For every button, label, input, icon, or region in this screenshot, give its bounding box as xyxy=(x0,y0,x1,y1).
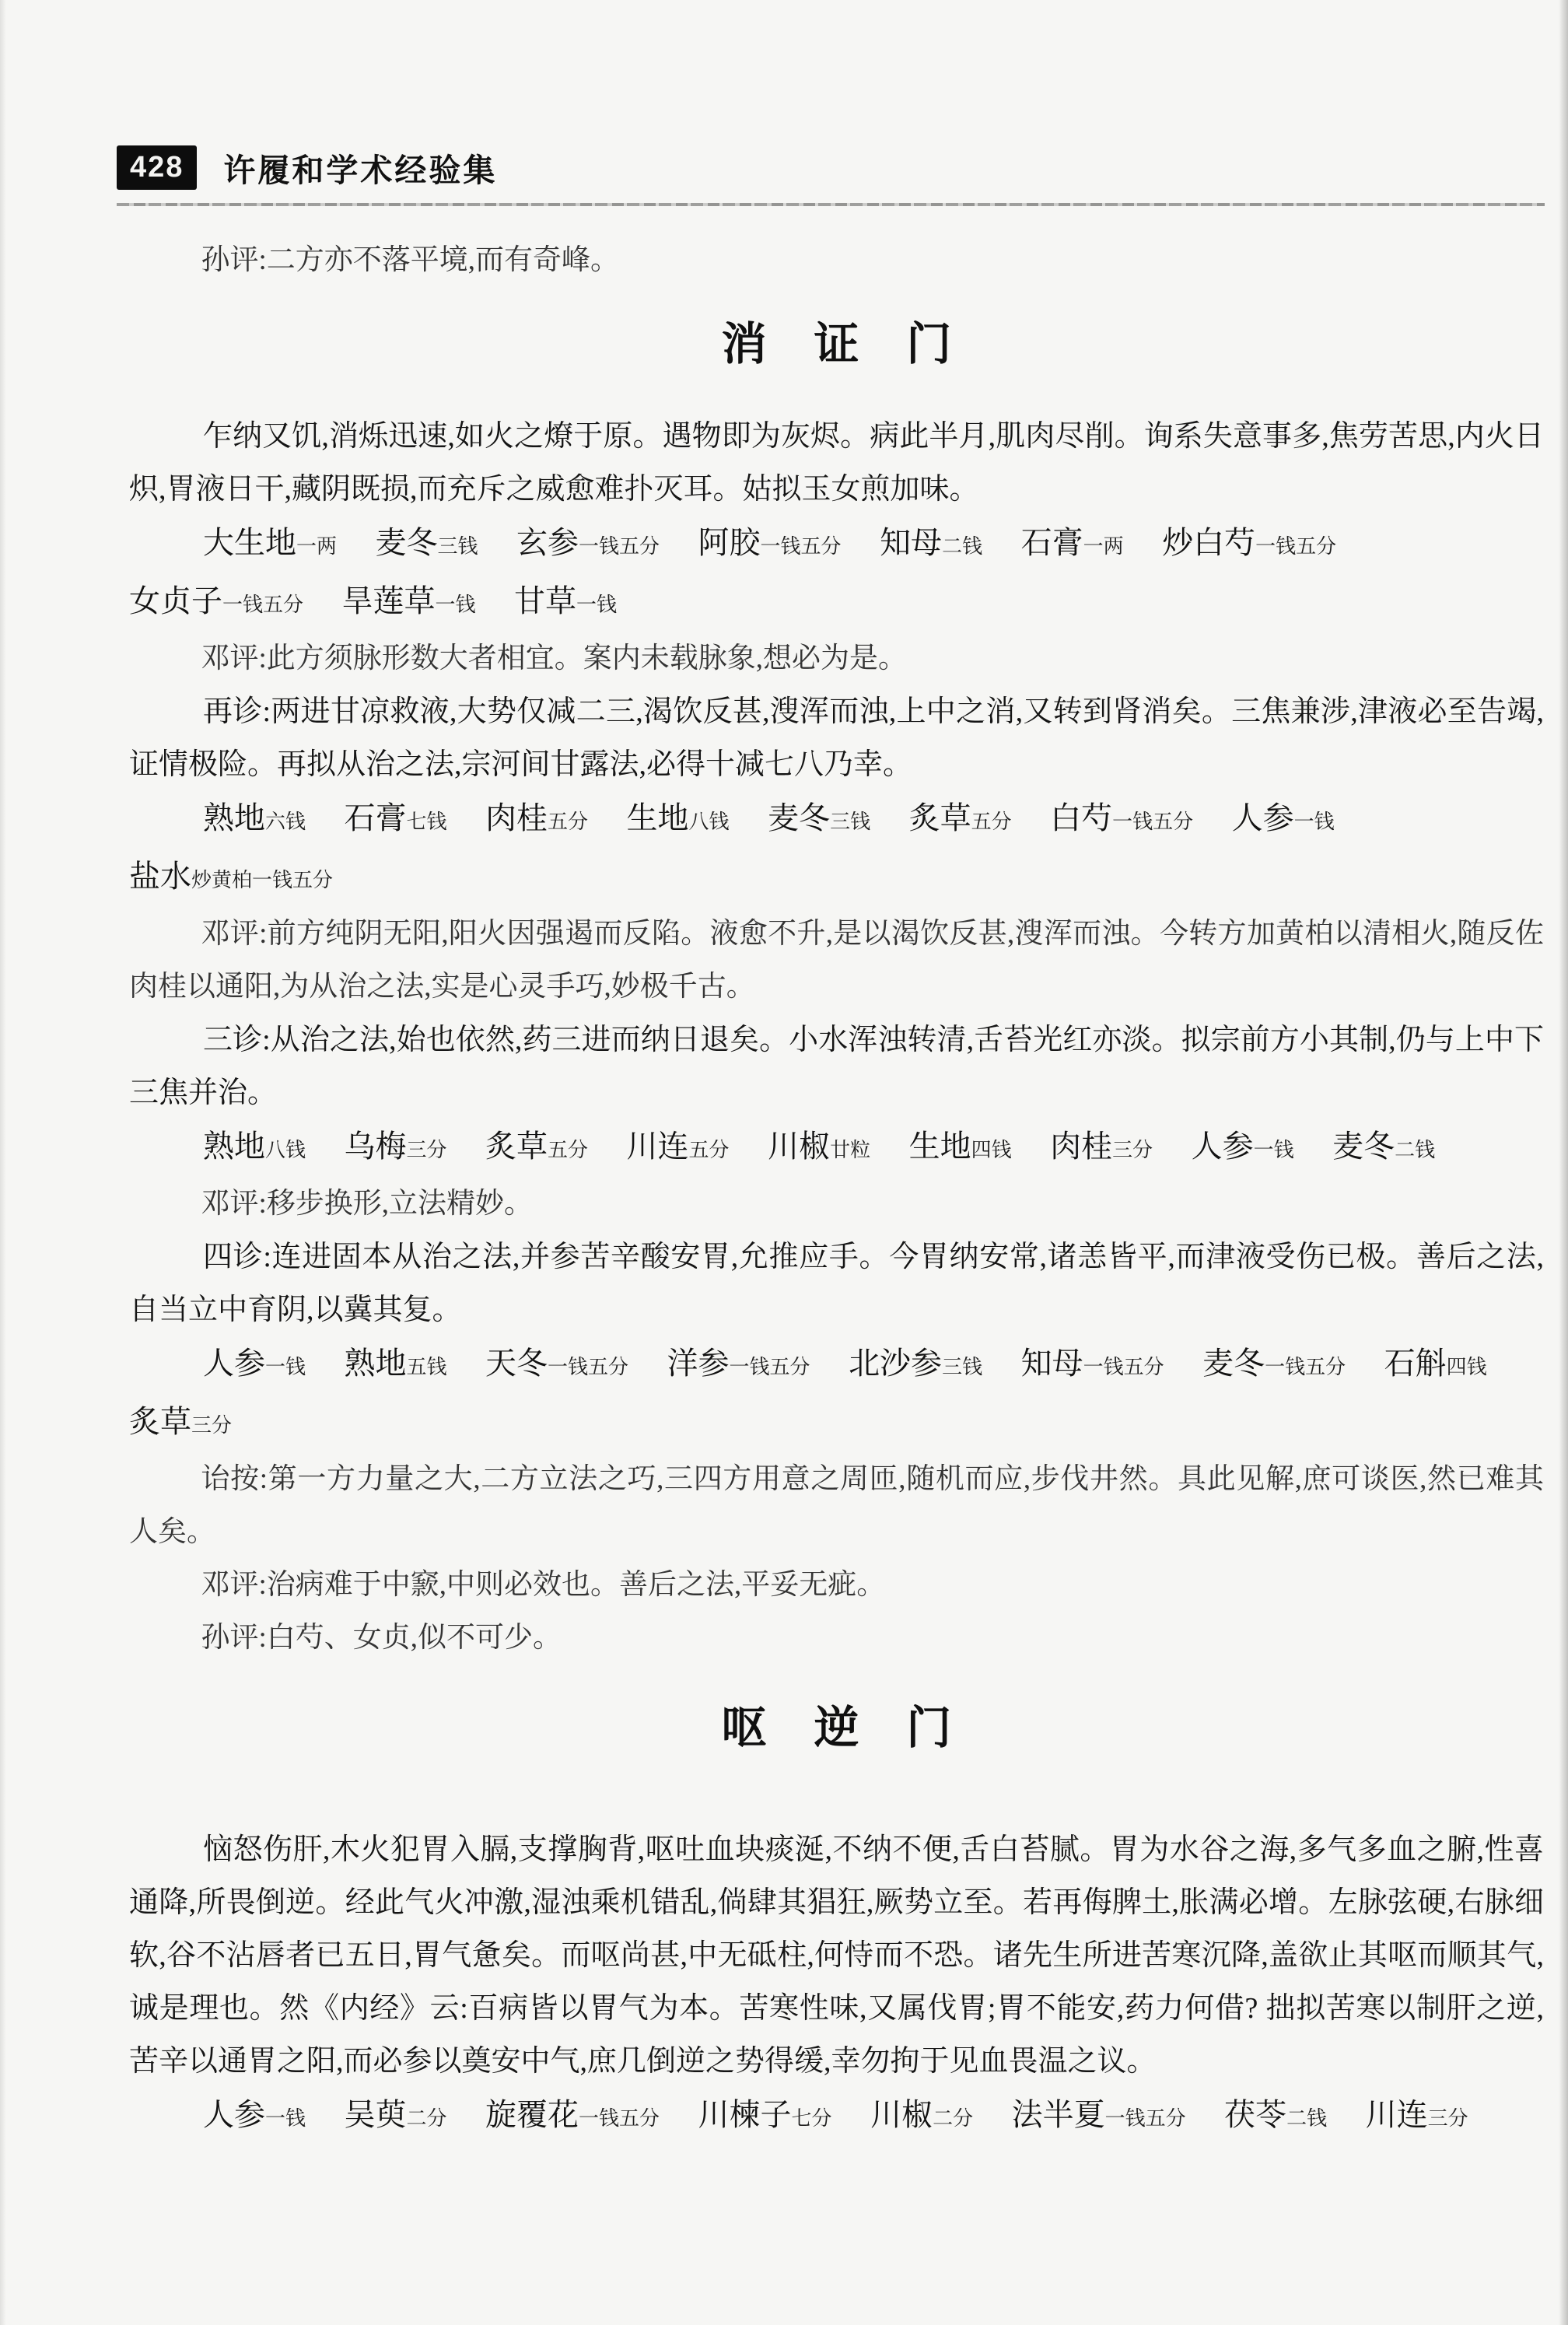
header-row: 428 许履和学术经验集 xyxy=(117,145,1545,191)
drug-item: 川连五分 xyxy=(627,1131,730,1164)
drug-item: 阿胶一钱五分 xyxy=(698,527,842,560)
drug-dose: 三分 xyxy=(1428,2107,1468,2130)
drug-dose: 一两 xyxy=(296,535,337,558)
prescription-line: 人参一钱 吴萸二分 旋覆花一钱五分 川楝子七分 川椒二分 法半夏一钱五分 茯苓二… xyxy=(129,2088,1544,2146)
drug-name: 盐水 xyxy=(129,859,191,894)
drug-name: 石膏 xyxy=(1021,525,1083,560)
drug-item: 石膏七钱 xyxy=(345,803,447,835)
drug-name: 大生地 xyxy=(203,525,296,560)
drug-dose: 四钱 xyxy=(1447,1356,1487,1378)
drug-dose: 七分 xyxy=(792,2107,832,2130)
drug-item: 川连三分 xyxy=(1366,2099,1468,2132)
drug-name: 肉桂 xyxy=(485,800,548,835)
comment-line: 孙评:白芍、女贞,似不可少。 xyxy=(129,1612,1544,1665)
comment-line: 诒按:第一方力量之大,二方立法之巧,三四方用意之周匝,随机而应,步伐井然。具此见… xyxy=(129,1453,1544,1559)
drug-item: 盐水炒黄柏一钱五分 xyxy=(129,861,333,894)
comment-line: 孙评:二方亦不落平境,而有奇峰。 xyxy=(129,234,1544,287)
scan-edge-left xyxy=(0,0,6,2325)
drug-name: 甘草 xyxy=(514,583,576,618)
drug-name: 肉桂 xyxy=(1050,1129,1112,1164)
drug-name: 川椒 xyxy=(870,2097,933,2132)
prescription-line: 熟地八钱 乌梅三分 炙草五分 川连五分 川椒廿粒 生地四钱 肉桂三分 人参一钱 … xyxy=(129,1119,1544,1178)
drug-item: 川楝子七分 xyxy=(698,2099,832,2132)
drug-dose: 八钱 xyxy=(265,1139,306,1161)
case-paragraph: 再诊:两进甘凉救液,大势仅减二三,渴饮反甚,溲浑而浊,上中之消,又转到肾消矣。三… xyxy=(129,685,1544,791)
page-number-badge: 428 xyxy=(117,145,197,190)
drug-item: 人参一钱 xyxy=(1192,1131,1294,1164)
drug-dose: 一钱五分 xyxy=(579,535,660,558)
drug-dose: 三分 xyxy=(1112,1139,1153,1161)
drug-dose: 一钱五分 xyxy=(222,594,303,616)
drug-dose: 二分 xyxy=(933,2107,973,2130)
drug-dose: 一钱 xyxy=(265,1356,306,1378)
drug-item: 洋参一钱五分 xyxy=(667,1348,810,1381)
drug-item: 肉桂五分 xyxy=(485,803,588,835)
drug-item: 知母一钱五分 xyxy=(1021,1348,1164,1381)
prescription-line: 熟地六钱 石膏七钱 肉桂五分 生地八钱 麦冬三钱 炙草五分 白芍一钱五分 人参一… xyxy=(129,791,1544,908)
drug-dose: 五钱 xyxy=(407,1356,447,1378)
drug-item: 北沙参三钱 xyxy=(849,1348,982,1381)
drug-item: 麦冬三钱 xyxy=(376,527,478,560)
drug-item: 人参一钱 xyxy=(203,2099,306,2132)
drug-name: 人参 xyxy=(203,1346,265,1381)
drug-name: 知母 xyxy=(880,525,942,560)
drug-item: 旱莲草一钱 xyxy=(342,586,476,618)
drug-item: 麦冬二钱 xyxy=(1332,1131,1435,1164)
drug-dose: 一钱五分 xyxy=(579,2107,660,2130)
drug-name: 生地 xyxy=(909,1129,971,1164)
case-paragraph: 恼怒伤肝,木火犯胃入膈,支撑胸背,呕吐血块痰涎,不纳不便,舌白苔腻。胃为水谷之海… xyxy=(129,1823,1544,2088)
drug-dose: 五分 xyxy=(548,811,588,833)
drug-item: 旋覆花一钱五分 xyxy=(485,2099,660,2132)
drug-item: 人参一钱 xyxy=(1232,803,1335,835)
drug-name: 人参 xyxy=(1192,1129,1254,1164)
drug-name: 川楝子 xyxy=(698,2097,792,2132)
drug-dose: 五分 xyxy=(548,1139,588,1161)
prescription-line: 大生地一两 麦冬三钱 玄参一钱五分 阿胶一钱五分 知母二钱 石膏一两 炒白芍一钱… xyxy=(129,516,1544,632)
drug-name: 玄参 xyxy=(516,525,579,560)
drug-dose: 三分 xyxy=(191,1414,232,1437)
case-paragraph: 四诊:连进固本从治之法,并参苦辛酸安胃,允推应手。今胃纳安常,诸恙皆平,而津液受… xyxy=(129,1231,1544,1336)
drug-item: 茯苓二钱 xyxy=(1224,2099,1327,2132)
drug-item: 肉桂三分 xyxy=(1050,1131,1153,1164)
drug-dose: 八钱 xyxy=(689,811,730,833)
drug-name: 川连 xyxy=(1366,2097,1428,2132)
case-paragraph: 乍纳又饥,消烁迅速,如火之燎于原。遇物即为灰烬。病此半月,肌肉尽削。询系失意事多… xyxy=(129,410,1544,516)
drug-dose: 一钱五分 xyxy=(1105,2107,1186,2130)
drug-item: 川椒二分 xyxy=(870,2099,973,2132)
drug-dose: 一钱五分 xyxy=(1265,1356,1346,1378)
drug-dose: 二钱 xyxy=(942,535,982,558)
drug-dose: 四钱 xyxy=(971,1139,1012,1161)
comment-line: 邓评:移步换形,立法精妙。 xyxy=(129,1178,1544,1231)
drug-dose: 一钱五分 xyxy=(1112,811,1193,833)
section-title: 呕逆门 xyxy=(129,1699,1544,1758)
drug-dose: 一两 xyxy=(1083,535,1124,558)
drug-dose: 一钱 xyxy=(265,2107,306,2130)
drug-name: 吴萸 xyxy=(345,2097,407,2132)
drug-dose: 一钱五分 xyxy=(730,1356,810,1378)
drug-item: 女贞子一钱五分 xyxy=(129,586,303,618)
drug-dose: 一钱五分 xyxy=(1255,535,1336,558)
book-title: 许履和学术经验集 xyxy=(223,145,497,191)
drug-dose: 廿粒 xyxy=(830,1139,870,1161)
scan-edge-right xyxy=(1559,0,1568,2325)
prescription-line: 人参一钱 熟地五钱 天冬一钱五分 洋参一钱五分 北沙参三钱 知母一钱五分 麦冬一… xyxy=(129,1336,1544,1453)
drug-name: 知母 xyxy=(1021,1346,1083,1381)
drug-dose: 五分 xyxy=(971,811,1012,833)
drug-name: 麦冬 xyxy=(376,525,438,560)
drug-name: 熟地 xyxy=(203,800,265,835)
page-header: 428 许履和学术经验集 xyxy=(0,0,1568,206)
drug-name: 法半夏 xyxy=(1012,2097,1105,2132)
drug-name: 旱莲草 xyxy=(342,583,436,618)
header-rule xyxy=(117,203,1545,206)
comment-line: 邓评:治病难于中窾,中则必效也。善后之法,平妥无疵。 xyxy=(129,1559,1544,1612)
drug-item: 人参一钱 xyxy=(203,1348,306,1381)
drug-dose: 三分 xyxy=(407,1139,447,1161)
drug-name: 石斛 xyxy=(1384,1346,1447,1381)
drug-dose: 一钱 xyxy=(436,594,476,616)
drug-dose: 一钱 xyxy=(1294,811,1335,833)
drug-name: 炒白芍 xyxy=(1162,525,1255,560)
drug-name: 女贞子 xyxy=(129,583,222,618)
drug-item: 乌梅三分 xyxy=(345,1131,447,1164)
drug-name: 熟地 xyxy=(203,1129,265,1164)
drug-item: 熟地五钱 xyxy=(345,1348,447,1381)
drug-dose: 三钱 xyxy=(830,811,870,833)
drug-item: 知母二钱 xyxy=(880,527,982,560)
drug-item: 麦冬一钱五分 xyxy=(1202,1348,1346,1381)
drug-dose: 一钱 xyxy=(1254,1139,1294,1161)
drug-item: 甘草一钱 xyxy=(514,586,617,618)
book-page: 428 许履和学术经验集 孙评:二方亦不落平境,而有奇峰。消证门乍纳又饥,消烁迅… xyxy=(0,0,1568,2325)
drug-item: 玄参一钱五分 xyxy=(516,527,660,560)
comment-line: 邓评:此方须脉形数大者相宜。案内未载脉象,想必为是。 xyxy=(129,632,1544,685)
drug-item: 麦冬三钱 xyxy=(768,803,870,835)
drug-name: 乌梅 xyxy=(345,1129,407,1164)
drug-name: 生地 xyxy=(627,800,689,835)
drug-dose: 二钱 xyxy=(1395,1139,1435,1161)
drug-item: 炙草五分 xyxy=(485,1131,588,1164)
drug-dose: 五分 xyxy=(689,1139,730,1161)
section-title: 消证门 xyxy=(129,315,1544,374)
drug-dose: 一钱五分 xyxy=(761,535,842,558)
drug-item: 熟地六钱 xyxy=(203,803,306,835)
drug-name: 旋覆花 xyxy=(485,2097,579,2132)
drug-name: 炙草 xyxy=(485,1129,548,1164)
drug-dose: 一钱五分 xyxy=(1083,1356,1164,1378)
case-paragraph: 三诊:从治之法,始也依然,药三进而纳日退矣。小水浑浊转清,舌苔光红亦淡。拟宗前方… xyxy=(129,1014,1544,1119)
drug-name: 茯苓 xyxy=(1224,2097,1286,2132)
drug-dose: 二分 xyxy=(407,2107,447,2130)
drug-item: 生地八钱 xyxy=(627,803,730,835)
drug-item: 石斛四钱 xyxy=(1384,1348,1487,1381)
drug-dose: 三钱 xyxy=(942,1356,982,1378)
drug-name: 川连 xyxy=(627,1129,689,1164)
comment-line: 邓评:前方纯阴无阳,阳火因强遏而反陷。液愈不升,是以渴饮反甚,溲浑而浊。今转方加… xyxy=(129,908,1544,1014)
drug-name: 白芍 xyxy=(1050,800,1112,835)
drug-name: 天冬 xyxy=(485,1346,548,1381)
drug-dose: 六钱 xyxy=(265,811,306,833)
drug-name: 川椒 xyxy=(768,1129,830,1164)
drug-name: 人参 xyxy=(203,2097,265,2132)
drug-name: 麦冬 xyxy=(1332,1129,1395,1164)
drug-item: 生地四钱 xyxy=(909,1131,1012,1164)
drug-name: 洋参 xyxy=(667,1346,730,1381)
drug-item: 大生地一两 xyxy=(203,527,337,560)
page-body: 孙评:二方亦不落平境,而有奇峰。消证门乍纳又饥,消烁迅速,如火之燎于原。遇物即为… xyxy=(0,206,1568,2146)
drug-dose: 一钱 xyxy=(576,594,617,616)
drug-name: 人参 xyxy=(1232,800,1294,835)
drug-name: 阿胶 xyxy=(698,525,761,560)
drug-dose: 一钱五分 xyxy=(548,1356,628,1378)
drug-name: 麦冬 xyxy=(768,800,830,835)
drug-dose: 二钱 xyxy=(1286,2107,1327,2130)
drug-dose: 三钱 xyxy=(438,535,478,558)
drug-item: 天冬一钱五分 xyxy=(485,1348,628,1381)
drug-item: 石膏一两 xyxy=(1021,527,1124,560)
drug-name: 石膏 xyxy=(345,800,407,835)
drug-name: 北沙参 xyxy=(849,1346,942,1381)
drug-name: 炙草 xyxy=(129,1404,191,1439)
drug-name: 熟地 xyxy=(345,1346,407,1381)
drug-dose: 七钱 xyxy=(407,811,447,833)
drug-item: 炙草五分 xyxy=(909,803,1012,835)
drug-item: 熟地八钱 xyxy=(203,1131,306,1164)
drug-item: 吴萸二分 xyxy=(345,2099,447,2132)
drug-dose: 炒黄柏一钱五分 xyxy=(191,869,333,891)
drug-item: 炒白芍一钱五分 xyxy=(1162,527,1336,560)
drug-item: 炙草三分 xyxy=(129,1406,232,1439)
drug-item: 白芍一钱五分 xyxy=(1050,803,1193,835)
drug-item: 川椒廿粒 xyxy=(768,1131,870,1164)
drug-item: 法半夏一钱五分 xyxy=(1012,2099,1186,2132)
drug-name: 炙草 xyxy=(909,800,971,835)
drug-name: 麦冬 xyxy=(1202,1346,1265,1381)
